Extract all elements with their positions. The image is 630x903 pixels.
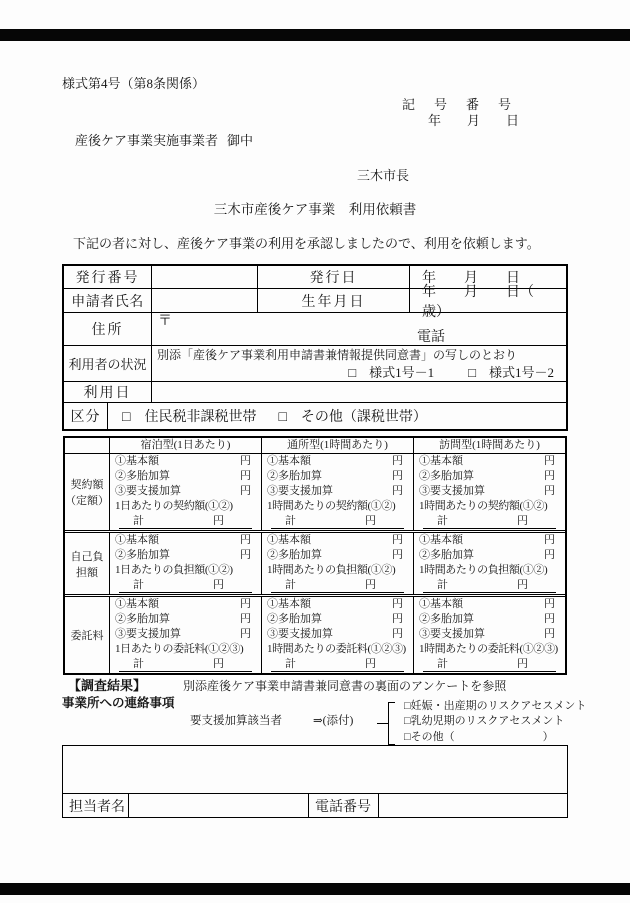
category-row: 区分 □ 住民税非課税世帯□ その他（課税世帯） [64,402,566,429]
fee-item-unit: 円 [240,548,251,563]
fee-block-label-line: 契約額 [71,476,104,492]
fee-sum-unit: 円 [517,514,528,528]
fee-item-unit: 円 [392,454,403,469]
fee-item-line: ①基本額円 [110,597,261,612]
fee-header-row: 宿泊型(1日あたり)通所型(1時間あたり)訪問型(1時間あたり) [65,438,565,453]
addressee: 産後ケア事業実施事業者 [75,133,218,148]
fee-item-label: ②多胎加算 [267,548,322,563]
fee-block-label: 契約額（定額） [65,454,109,530]
fee-item-unit: 円 [240,612,251,627]
postal-mark: 〒 [152,314,566,330]
fee-sum-unit: 円 [517,578,528,592]
fee-column-header-3: 訪問型(1時間あたり) [413,438,565,453]
fee-total-label: 1時間あたりの契約額(①②) [262,499,413,514]
fee-sum-line: 計円 [423,514,556,529]
fee-total-label: 1日あたりの契約額(①②) [110,499,261,514]
fee-item-label: ②多胎加算 [419,469,474,484]
status-option-1: □ 様式1号－1 [348,365,434,380]
fee-item-line: ②多胎加算円 [414,548,565,563]
fee-item-unit: 円 [240,597,251,612]
fee-item-unit: 円 [240,469,251,484]
fee-sum-label: 計 [285,514,296,528]
fee-item-label: ③要支援加算 [419,627,485,642]
phone-number-value [378,794,567,817]
fee-item-label: ②多胎加算 [267,612,322,627]
category-options: □ 住民税非課税世帯□ その他（課税世帯） [107,403,566,429]
fee-sum-line: 計円 [119,514,252,529]
issue-number-label: 発行番号 [64,266,151,288]
fee-item-unit: 円 [544,469,555,484]
fee-item-line: ②多胎加算円 [110,548,261,563]
fee-sum-label: 計 [133,578,144,592]
fee-total-label: 1時間あたりの負担額(①②) [414,563,565,578]
scan-artifact-bar-top [0,29,630,41]
fee-item-unit: 円 [544,548,555,563]
fee-item-unit: 円 [392,484,403,499]
fee-cell: ①基本額円②多胎加算円1日あたりの負担額(①②)計円 [109,533,261,594]
fee-item-label: ②多胎加算 [419,548,474,563]
attachment-checklist: □妊娠・出産期のリスクアセスメント□乳幼児期のリスクアセスメント□その他（ ） [404,699,586,745]
fee-item-line: ①基本額円 [110,454,261,469]
fee-item-unit: 円 [240,627,251,642]
status-cell: 別添「産後ケア事業利用申請書兼情報提供同意書」の写しのとおり □ 様式1号－1□… [151,346,566,381]
fee-item-label: ①基本額 [115,533,159,548]
applicant-row: 申請者氏名 生年月日 年 月 日（ 歳） [64,288,566,312]
address-cell: 〒 電話 [151,313,566,345]
fee-item-unit: 円 [544,627,555,642]
fee-item-label: ①基本額 [267,597,311,612]
fee-sum-line: 計円 [423,657,556,672]
fee-item-line: ①基本額円 [262,597,413,612]
fee-sum-line: 計円 [271,514,404,529]
status-row: 利用者の状況 別添「産後ケア事業利用申請書兼情報提供同意書」の写しのとおり □ … [64,345,566,381]
phone-number-label: 電話番号 [308,794,378,817]
fee-item-line: ①基本額円 [262,533,413,548]
fee-item-unit: 円 [544,597,555,612]
applicant-label: 申請者氏名 [64,289,151,312]
fee-header-corner [65,438,109,453]
fee-cell: ①基本額円②多胎加算円③要支援加算円1時間あたりの契約額(①②)計円 [261,454,413,530]
fee-item-line: ②多胎加算円 [110,469,261,484]
attachment-option-2: □乳幼児期のリスクアセスメント [404,714,586,729]
fee-sum-label: 計 [133,514,144,528]
fee-block-label-line: 担額 [76,564,98,580]
fee-sum-unit: 円 [365,657,376,671]
fee-item-label: ③要支援加算 [419,484,485,499]
fee-item-unit: 円 [392,533,403,548]
fee-table: 宿泊型(1日あたり)通所型(1時間あたり)訪問型(1時間あたり) 契約額（定額）… [63,436,567,675]
addressee-line: 産後ケア事業実施事業者御中 [75,130,253,149]
category-option-1: □ 住民税非課税世帯 [122,406,256,426]
applicant-info-table: 発行番号 発行日 年 月 日 申請者氏名 生年月日 年 月 日（ 歳） 住所 〒… [62,264,568,431]
fee-cell: ①基本額円②多胎加算円1時間あたりの負担額(①②)計円 [261,533,413,594]
fee-item-line: ③要支援加算円 [262,484,413,499]
fee-block-label: 委託料 [65,597,109,673]
fee-column-header-1: 宿泊型(1日あたり) [109,438,261,453]
fee-sum-unit: 円 [213,514,224,528]
fee-sum-unit: 円 [517,657,528,671]
fee-item-label: ①基本額 [267,454,311,469]
fee-item-label: ①基本額 [419,597,463,612]
fee-item-line: ②多胎加算円 [262,612,413,627]
survey-text: 別添産後ケア事業申請書兼同意書の裏面のアンケートを参照 [183,679,506,693]
fee-item-label: ②多胎加算 [267,469,322,484]
fee-item-unit: 円 [392,548,403,563]
phone-label: 電話 [152,330,566,346]
fee-item-unit: 円 [240,484,251,499]
contact-subject: 要支援加算該当者 [190,712,282,728]
fee-item-line: ③要支援加算円 [262,627,413,642]
bracket-tick [377,723,388,724]
address-label: 住所 [64,313,151,345]
attachment-option-3: □その他（ ） [404,730,586,745]
ref-date-line: 年 月 日 [428,110,519,129]
fee-item-line: ②多胎加算円 [262,469,413,484]
fee-item-label: ③要支援加算 [267,484,333,499]
fee-item-line: ③要支援加算円 [110,484,261,499]
fee-item-line: ①基本額円 [414,597,565,612]
fee-item-line: ①基本額円 [262,454,413,469]
fee-sum-label: 計 [285,578,296,592]
fee-item-unit: 円 [544,533,555,548]
fee-block-label-line: 自己負 [71,548,104,564]
fee-sum-line: 計円 [119,578,252,593]
fee-item-unit: 円 [240,533,251,548]
fee-sum-unit: 円 [365,514,376,528]
fee-item-label: ②多胎加算 [419,612,474,627]
issue-date-label: 発行日 [257,266,409,288]
birth-label: 生年月日 [257,289,409,312]
fee-total-label: 1時間あたりの負担額(①②) [262,563,413,578]
fee-item-label: ②多胎加算 [115,469,170,484]
fee-cell: ①基本額円②多胎加算円③要支援加算円1時間あたりの委託料(①②③)計円 [413,597,565,673]
fee-item-unit: 円 [544,484,555,499]
form-number: 様式第4号（第8条関係） [62,73,205,92]
fee-item-line: ②多胎加算円 [414,469,565,484]
fee-item-label: ①基本額 [419,533,463,548]
fee-item-unit: 円 [392,612,403,627]
fee-cell: ①基本額円②多胎加算円③要支援加算円1日あたりの契約額(①②)計円 [109,454,261,530]
fee-cell: ①基本額円②多胎加算円③要支援加算円1時間あたりの委託料(①②③)計円 [261,597,413,673]
fee-item-label: ②多胎加算 [115,612,170,627]
notes-box [62,745,568,794]
category-option-2: □ その他（課税世帯） [278,406,426,426]
fee-item-unit: 円 [392,469,403,484]
fee-sum-unit: 円 [213,578,224,592]
fee-sum-label: 計 [437,657,448,671]
attachment-bracket [388,702,395,745]
person-value [128,794,308,817]
fee-block-label-line: （定額） [65,492,109,508]
use-date-label: 利用日 [64,382,151,402]
contact-heading: 事業所への連絡事項 [62,693,175,711]
attach-arrow: ⇒(添付) [313,712,353,728]
applicant-value [151,289,257,312]
fee-item-line: ①基本額円 [414,454,565,469]
sender: 三木市長 [357,165,409,184]
fee-sum-line: 計円 [119,657,252,672]
issue-number-value [151,266,257,288]
fee-item-line: ②多胎加算円 [262,548,413,563]
use-date-value [151,382,566,402]
fee-block-label-line: 委託料 [71,627,104,643]
fee-item-unit: 円 [544,612,555,627]
fee-item-line: ②多胎加算円 [110,612,261,627]
fee-item-unit: 円 [544,454,555,469]
fee-sum-unit: 円 [213,657,224,671]
fee-item-unit: 円 [392,627,403,642]
address-row: 住所 〒 電話 [64,312,566,345]
fee-item-line: ②多胎加算円 [414,612,565,627]
fee-block-row: 委託料①基本額円②多胎加算円③要支援加算円1日あたりの委託料(①②③)計円①基本… [65,594,565,673]
fee-sum-label: 計 [285,657,296,671]
fee-sum-unit: 円 [365,578,376,592]
attachment-option-1: □妊娠・出産期のリスクアセスメント [404,699,586,714]
fee-item-label: ①基本額 [115,454,159,469]
fee-cell: ①基本額円②多胎加算円1時間あたりの負担額(①②)計円 [413,533,565,594]
fee-item-label: ①基本額 [267,533,311,548]
document-title: 三木市産後ケア事業 利用依頼書 [0,198,630,218]
status-label: 利用者の状況 [64,346,151,381]
scan-artifact-bar-bottom [0,883,630,895]
fee-total-label: 1時間あたりの委託料(①②③) [262,642,413,657]
fee-block-label: 自己負担額 [65,533,109,594]
survey-label: 【調査結果】 [68,678,146,693]
fee-item-label: ③要支援加算 [267,627,333,642]
intro-sentence: 下記の者に対し、産後ケア事業の利用を承認しましたので、利用を依頼します。 [73,233,540,252]
use-date-row: 利用日 [64,381,566,402]
fee-item-label: ③要支援加算 [115,627,181,642]
status-description: 別添「産後ケア事業利用申請書兼情報提供同意書」の写しのとおり [152,347,566,364]
fee-item-label: ①基本額 [419,454,463,469]
fee-sum-label: 計 [437,578,448,592]
fee-item-label: ②多胎加算 [115,548,170,563]
fee-item-line: ③要支援加算円 [414,484,565,499]
birth-value: 年 月 日（ 歳） [409,289,566,312]
fee-block-row: 自己負担額①基本額円②多胎加算円1日あたりの負担額(①②)計円①基本額円②多胎加… [65,530,565,594]
status-option-2: □ 様式1号－2 [468,365,554,380]
fee-block-row: 契約額（定額）①基本額円②多胎加算円③要支援加算円1日あたりの契約額(①②)計円… [65,453,565,530]
fee-sum-line: 計円 [271,578,404,593]
category-label: 区分 [64,403,107,429]
fee-sum-label: 計 [133,657,144,671]
fee-sum-line: 計円 [423,578,556,593]
fee-total-label: 1時間あたりの委託料(①②③) [414,642,565,657]
fee-total-label: 1日あたりの委託料(①②③) [110,642,261,657]
status-options: □ 様式1号－1□ 様式1号－2 [152,364,566,381]
fee-item-unit: 円 [240,454,251,469]
fee-blocks: 契約額（定額）①基本額円②多胎加算円③要支援加算円1日あたりの契約額(①②)計円… [65,453,565,673]
fee-cell: ①基本額円②多胎加算円③要支援加算円1日あたりの委託料(①②③)計円 [109,597,261,673]
addressee-honorific: 御中 [227,133,253,148]
fee-total-label: 1時間あたりの契約額(①②) [414,499,565,514]
fee-item-line: ③要支援加算円 [414,627,565,642]
contact-person-row: 担当者名 電話番号 [62,793,568,818]
fee-item-unit: 円 [392,597,403,612]
fee-item-label: ③要支援加算 [115,484,181,499]
fee-item-line: ③要支援加算円 [110,627,261,642]
survey-line: 【調査結果】別添産後ケア事業申請書兼同意書の裏面のアンケートを参照 [68,675,506,695]
fee-item-line: ①基本額円 [414,533,565,548]
fee-sum-label: 計 [437,514,448,528]
document-page: 様式第4号（第8条関係） 記 号 番 号 年 月 日 産後ケア事業実施事業者御中… [0,0,630,903]
fee-cell: ①基本額円②多胎加算円③要支援加算円1時間あたりの契約額(①②)計円 [413,454,565,530]
fee-item-label: ①基本額 [115,597,159,612]
fee-sum-line: 計円 [271,657,404,672]
fee-total-label: 1日あたりの負担額(①②) [110,563,261,578]
fee-column-header-2: 通所型(1時間あたり) [261,438,413,453]
fee-item-line: ①基本額円 [110,533,261,548]
person-label: 担当者名 [63,794,128,817]
